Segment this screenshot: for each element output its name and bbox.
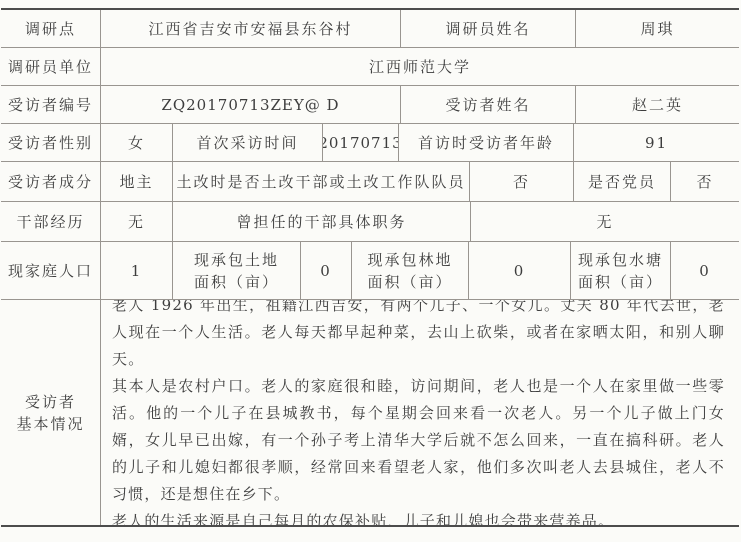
contracted-forestland-label: 现承包林地 面积（亩）: [352, 242, 469, 299]
respondent-profile-label-line1: 受访者: [25, 391, 76, 413]
age-at-first-visit-label: 首访时受访者年龄: [399, 124, 574, 161]
first-interview-date-value: 20170713: [323, 124, 399, 161]
class-status-value: 地主: [101, 162, 173, 201]
contracted-forestland-value: 0: [469, 242, 571, 299]
surveyor-name-label: 调研员姓名: [401, 10, 576, 47]
table-row: 受访者 基本情况 老人 1926 年出生，祖籍江西吉安，有两个儿子、一个女儿。丈…: [1, 300, 739, 525]
cadre-experience-value: 无: [101, 202, 173, 241]
land-reform-cadre-value: 否: [470, 162, 574, 201]
cadre-position-value: 无: [471, 202, 739, 241]
table-row: 现家庭人口 1 现承包土地 面积（亩） 0 现承包林地 面积（亩） 0 现承包水…: [1, 242, 739, 300]
survey-record-table: 调研点 江西省吉安市安福县东谷村 调研员姓名 周琪 调研员单位 江西师范大学 受…: [1, 8, 739, 527]
class-status-label: 受访者成分: [1, 162, 101, 201]
contracted-forestland-label-line1: 现承包林地: [367, 249, 452, 271]
profile-paragraph-3: 老人的生活来源是自己每月的农保补贴，儿子和儿媳也会带来营养品。: [112, 508, 614, 526]
land-reform-cadre-label: 土改时是否土改干部或土改工作队队员: [173, 162, 470, 201]
contracted-farmland-label-line2: 面积（亩）: [194, 271, 279, 293]
cadre-experience-label: 干部经历: [1, 202, 101, 241]
table-row: 受访者编号 ZQ20170713ZEY@ D 受访者姓名 赵二英: [1, 86, 739, 124]
table-row: 调研点 江西省吉安市安福县东谷村 调研员姓名 周琪: [1, 10, 739, 48]
survey-site-value: 江西省吉安市安福县东谷村: [101, 10, 401, 47]
respondent-name-value: 赵二英: [576, 86, 739, 123]
table-row: 受访者成分 地主 土改时是否土改干部或土改工作队队员 否 是否党员 否: [1, 162, 739, 202]
gender-value: 女: [101, 124, 173, 161]
respondent-profile-label-line2: 基本情况: [16, 413, 84, 435]
party-member-value: 否: [671, 162, 739, 201]
contracted-forestland-label-line2: 面积（亩）: [367, 271, 452, 293]
profile-paragraph-2: 其本人是农村户口。老人的家庭很和睦，访问期间，老人也是一个人在家里做一些零活。他…: [112, 373, 725, 508]
surveyor-name-value: 周琪: [576, 10, 739, 47]
first-interview-date-label: 首次采访时间: [173, 124, 323, 161]
age-at-first-visit-value: 91: [574, 124, 739, 161]
contracted-pond-value: 0: [671, 242, 739, 299]
respondent-profile-label: 受访者 基本情况: [1, 300, 101, 525]
contracted-pond-label-line1: 现承包水塘: [578, 249, 663, 271]
gender-label: 受访者性别: [1, 124, 101, 161]
survey-site-label: 调研点: [1, 10, 101, 47]
household-size-value: 1: [101, 242, 173, 299]
party-member-label: 是否党员: [574, 162, 671, 201]
surveyor-unit-label: 调研员单位: [1, 48, 101, 85]
table-row: 调研员单位 江西师范大学: [1, 48, 739, 86]
profile-paragraph-1: 老人 1926 年出生，祖籍江西吉安，有两个儿子、一个女儿。丈夫 80 年代去世…: [112, 300, 725, 373]
cadre-position-label: 曾担任的干部具体职务: [173, 202, 471, 241]
contracted-pond-label-line2: 面积（亩）: [578, 271, 663, 293]
table-row: 受访者性别 女 首次采访时间 20170713 首访时受访者年龄 91: [1, 124, 739, 162]
table-row: 干部经历 无 曾担任的干部具体职务 无: [1, 202, 739, 242]
contracted-farmland-label-line1: 现承包土地: [194, 249, 279, 271]
household-size-label: 现家庭人口: [1, 242, 101, 299]
respondent-id-value: ZQ20170713ZEY@ D: [101, 86, 401, 123]
respondent-id-label: 受访者编号: [1, 86, 101, 123]
contracted-farmland-label: 现承包土地 面积（亩）: [173, 242, 301, 299]
surveyor-unit-value: 江西师范大学: [101, 48, 739, 85]
respondent-profile-text: 老人 1926 年出生，祖籍江西吉安，有两个儿子、一个女儿。丈夫 80 年代去世…: [101, 300, 739, 525]
contracted-pond-label: 现承包水塘 面积（亩）: [571, 242, 671, 299]
respondent-name-label: 受访者姓名: [401, 86, 576, 123]
scanned-survey-form-page: 调研点 江西省吉安市安福县东谷村 调研员姓名 周琪 调研员单位 江西师范大学 受…: [0, 0, 741, 542]
contracted-farmland-value: 0: [301, 242, 352, 299]
